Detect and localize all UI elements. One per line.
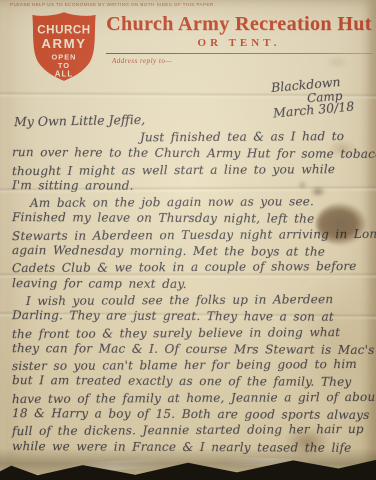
salutation: My Own Little Jeffie, — [14, 112, 145, 129]
letter-line: full of the dickens. Jeannie started doi… — [12, 421, 370, 439]
paper-crumple — [40, 457, 190, 474]
letter-line: thought I might as well start a line to … — [12, 161, 370, 179]
shield-text-church: CHURCH — [37, 23, 90, 36]
handwritten-date: March 30/18 — [272, 98, 354, 120]
letter-line: leaving for camp next day. — [12, 275, 370, 293]
economy-note-text: PLEASE HELP US TO ECONOMISE BY WRITING O… — [10, 3, 215, 8]
shield-text-all: ALL — [55, 70, 74, 79]
church-army-shield-logo: CHURCH ARMY OPEN TO ALL — [26, 9, 102, 83]
letter-body: Just finished tea & as I had to run over… — [12, 129, 370, 455]
letter-line: while we were in France & I nearly tease… — [12, 438, 370, 456]
letter-line: run over here to the Church Army Hut for… — [12, 144, 370, 162]
letterhead-subtitle: OR TENT. — [106, 37, 372, 49]
paper-discoloration — [326, 56, 348, 68]
letter-line: the front too & they surely believe in d… — [12, 323, 370, 341]
paper-crumple — [200, 456, 340, 469]
shield-text-army: ARMY — [41, 36, 86, 51]
letter-scan: PLEASE HELP US TO ECONOMISE BY WRITING O… — [0, 0, 376, 480]
letterhead-rule — [106, 53, 373, 54]
letter-line: but I am treated exactly as one of the f… — [12, 373, 370, 391]
letterhead-title: Church Army Recreation Hut — [106, 13, 372, 36]
letter-line: Finished my leave on Thursday night, lef… — [12, 210, 370, 228]
letter-line: Darling. They are just great. They have … — [12, 307, 370, 325]
letter-paper: PLEASE HELP US TO ECONOMISE BY WRITING O… — [0, 0, 376, 480]
letter-line: Cadets Club & we took in a couple of sho… — [12, 258, 370, 276]
address-reply-label: Address reply to— — [112, 57, 172, 65]
